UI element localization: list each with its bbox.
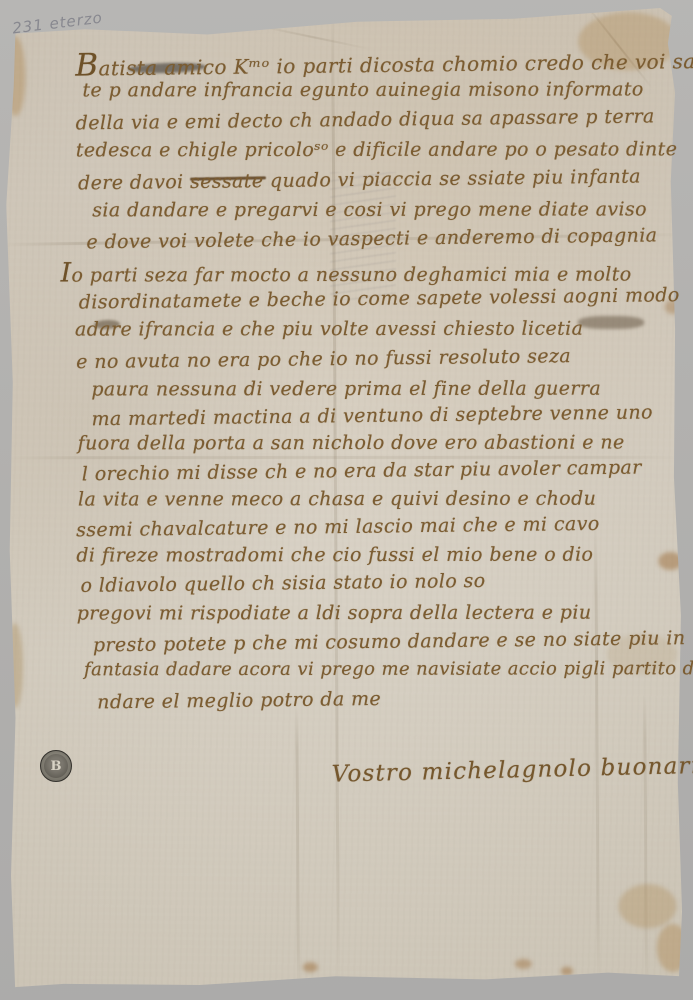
letter-line: sia dandare e pregarvi e cosi vi prego m… <box>92 198 647 221</box>
collection-stamp: B <box>40 750 72 782</box>
letter-line: presto potete p che mi cosumo dandare e … <box>93 627 686 656</box>
letter-line: la vita e venne meco a chasa e quivi des… <box>78 488 596 511</box>
photograph-backdrop: 231 eterzo Batista amico Kᵐᵒ io parti di… <box>0 0 693 1000</box>
letter-line: paura nessuna di vedere prima el fine de… <box>91 378 601 401</box>
letter-line: pregovi mi rispodiate a ldi sopra della … <box>77 602 592 625</box>
letter-line: fantasia dadare acora vi prego me navisi… <box>84 658 693 680</box>
letter-line: di fireze mostradomi che cio fussi el mi… <box>76 544 593 567</box>
letter-line: della via e emi decto ch andado diqua sa… <box>76 105 655 134</box>
letter-line: adare ifrancia e che piu volte avessi ch… <box>75 318 583 341</box>
stamp-letter: B <box>51 759 62 774</box>
letter-line: ssemi chavalcature e no mi lascio mai ch… <box>76 513 600 541</box>
letter-line: te p andare infrancia egunto auinegia mi… <box>82 78 643 101</box>
letter-line: ma martedi mactina a di ventuno di septe… <box>91 401 653 430</box>
letter-line: fuora della porta a san nicholo dove ero… <box>78 431 625 454</box>
letter-line: ndare el meglio potro da me <box>97 688 381 713</box>
letter-line: Io parti seza far mocto a nessuno degham… <box>61 256 632 288</box>
letter-line: l orechio mi disse ch e no era da star p… <box>82 456 642 485</box>
letter-line: disordinatamete e beche io come sapete v… <box>79 284 680 313</box>
letter-line: e no avuta no era po che io no fussi res… <box>76 345 571 373</box>
letter-line: Batista amico Kᵐᵒ io parti dicosta chomi… <box>75 40 693 84</box>
letter-line: e dove voi volete che io vaspecti e ande… <box>86 224 657 253</box>
letter-line: tedesca e chigle pricoloˢᵒ e dificile an… <box>76 138 678 161</box>
signature-line: Vostro michelagnolo buonarroti <box>331 752 693 788</box>
letter-line: o ldiavolo quello ch sisia stato io nolo… <box>80 570 485 597</box>
letter-body: Batista amico Kᵐᵒ io parti dicosta chomi… <box>0 0 693 1000</box>
letter-line: dere davoi sessate quado vi piaccia se s… <box>78 165 641 194</box>
